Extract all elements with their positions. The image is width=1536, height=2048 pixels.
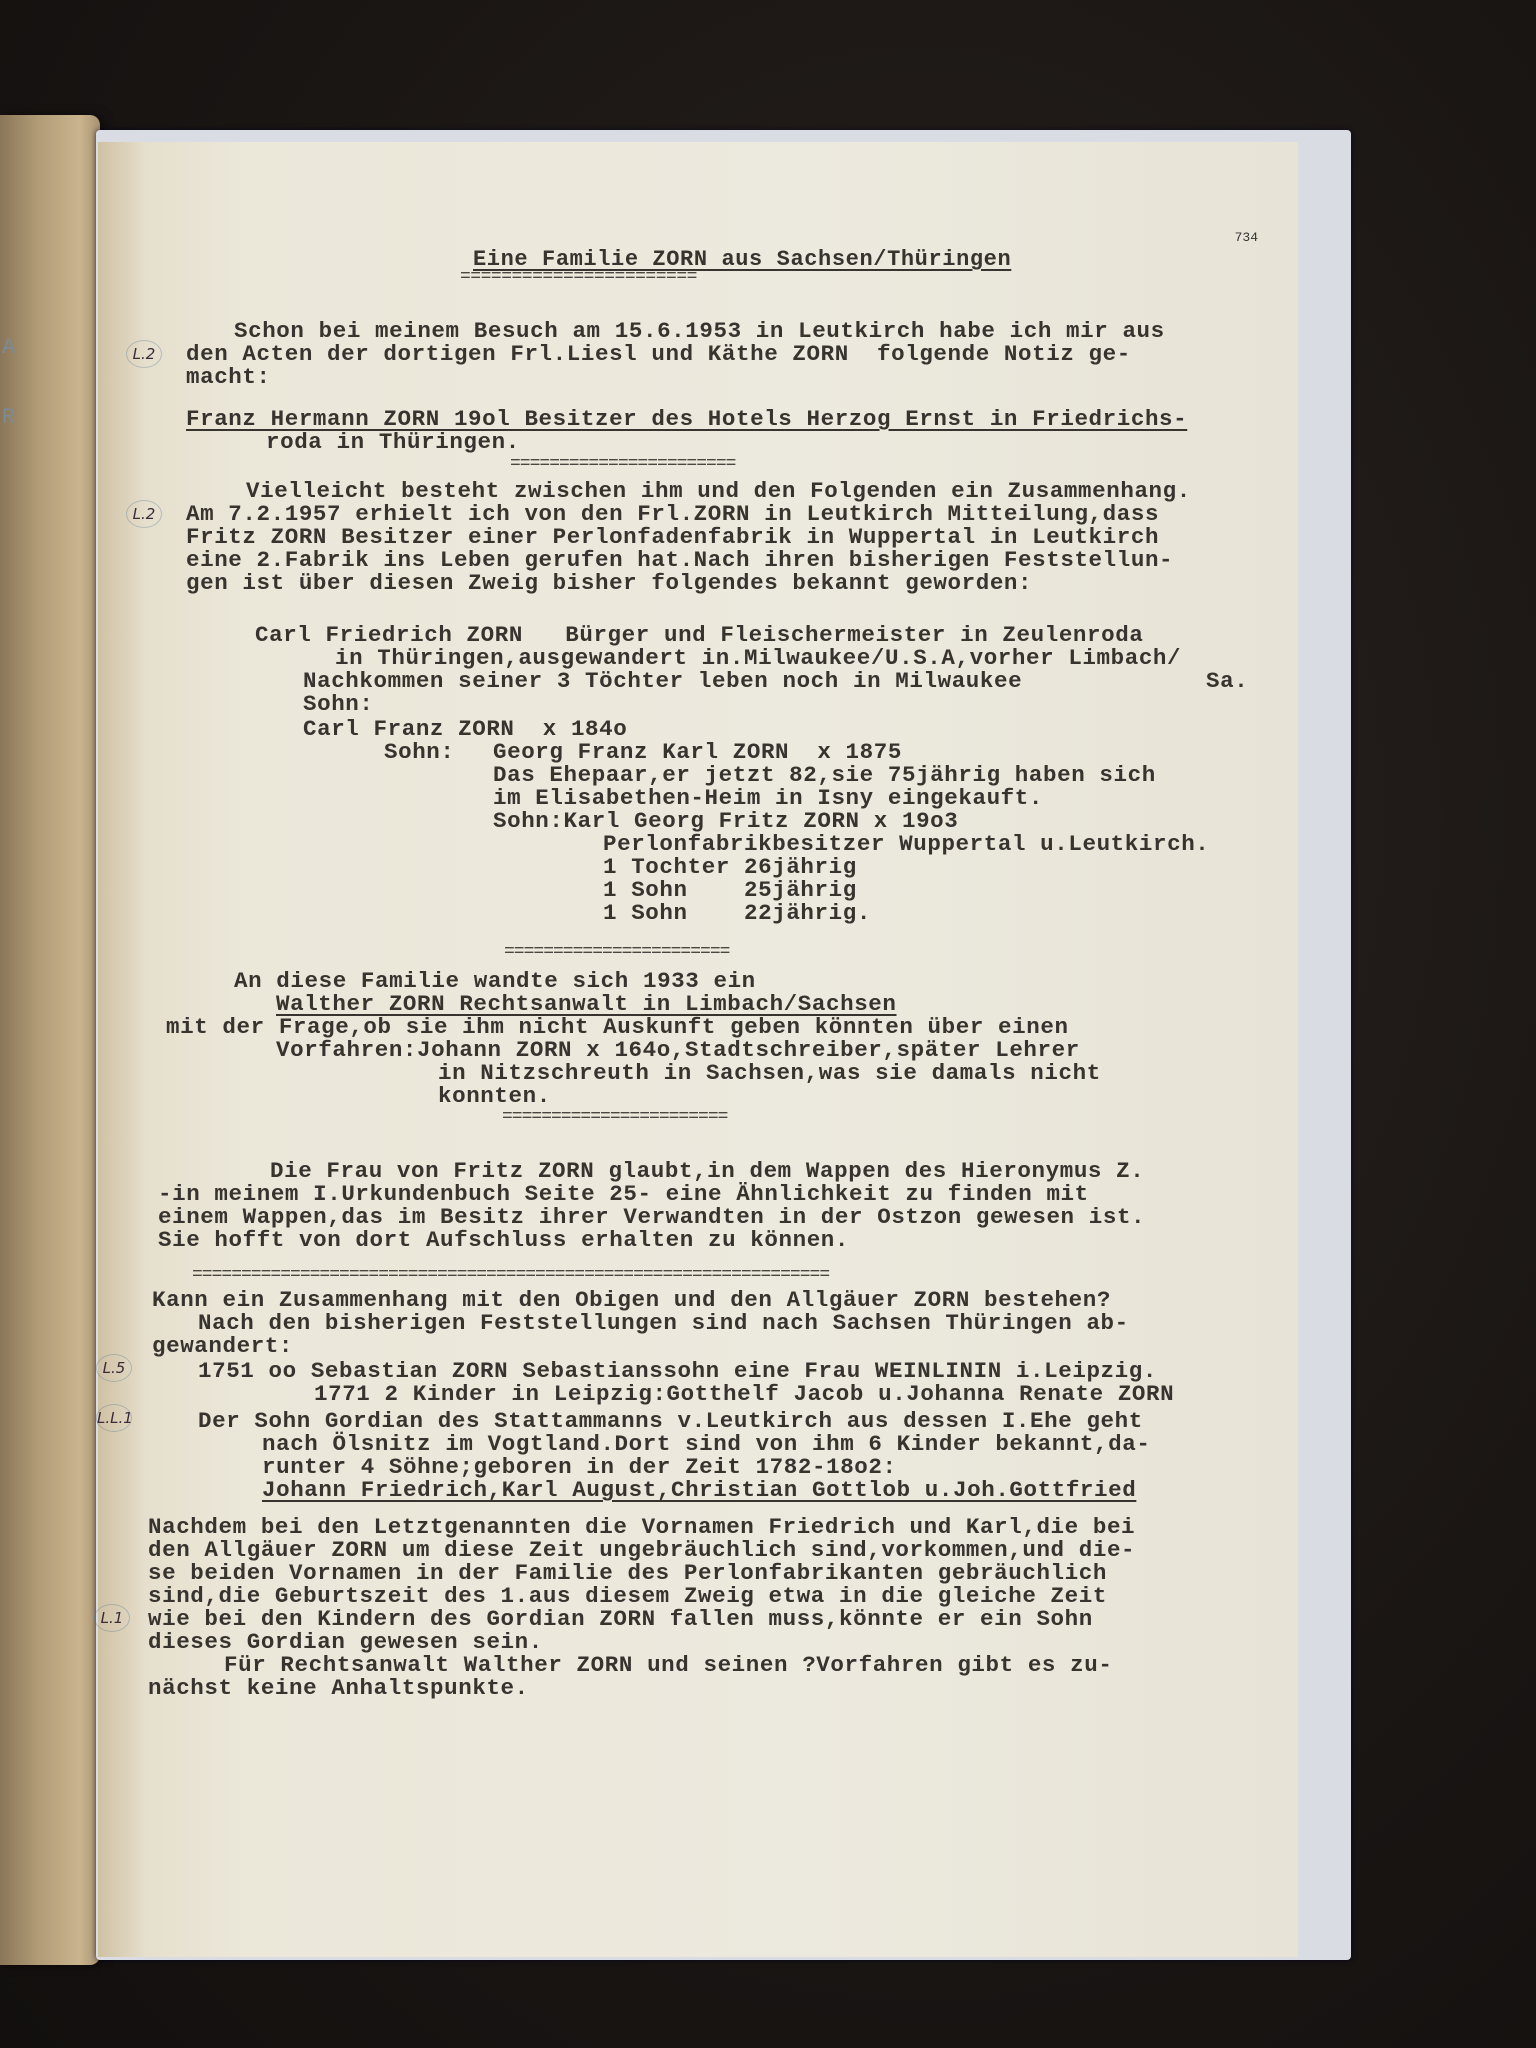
genealogy-line: Nachkommen seiner 3 Töchter leben noch i… — [303, 668, 1022, 694]
genealogy-line: Sohn: — [384, 739, 455, 765]
paragraph-4-line: Sie hofft von dort Aufschluss erhalten z… — [158, 1227, 849, 1253]
margin-annotation: L.5 — [96, 1354, 132, 1382]
left-page-mark: A — [2, 335, 15, 360]
page-number: 734 — [1235, 230, 1258, 245]
separator: ======================= — [504, 942, 729, 962]
genealogy-line: 1 Sohn 22jährig. — [603, 900, 871, 926]
paragraph-6-line: nächst keine Anhaltspunkte. — [148, 1675, 529, 1701]
paragraph-5-line: gewandert: — [152, 1333, 293, 1359]
title-double-underline: ======================= — [460, 267, 697, 287]
typewritten-page: 734 Eine Familie ZORN aus Sachsen/Thürin… — [98, 142, 1298, 1957]
separator: ======================= — [510, 454, 735, 474]
margin-annotation: L.2 — [126, 500, 162, 528]
left-page-edge: A R — [0, 115, 100, 1965]
separator: ======================= — [502, 1107, 727, 1127]
margin-annotation: L.1 — [94, 1604, 130, 1632]
left-page-mark: R — [2, 405, 15, 430]
entry-franz-hermann-cont: roda in Thüringen. — [266, 429, 520, 455]
margin-annotation: L.L.1 — [96, 1404, 132, 1432]
paragraph-2-line: gen ist über diesen Zweig bisher folgend… — [186, 570, 1032, 596]
paragraph-1-line: macht: — [186, 364, 271, 390]
paragraph-3-line: konnten. — [438, 1083, 551, 1109]
paragraph-5-line: Johann Friedrich,Karl August,Christian G… — [262, 1477, 1136, 1503]
paragraph-5-line: 1771 2 Kinder in Leipzig:Gotthelf Jacob … — [314, 1381, 1174, 1407]
paragraph-1-line: den Acten der dortigen Frl.Liesl und Kät… — [186, 341, 1131, 367]
margin-annotation: L.2 — [126, 340, 162, 368]
paragraph-5-line: Nach den bisherigen Feststellungen sind … — [198, 1310, 1129, 1336]
long-separator: ========================================… — [192, 1265, 829, 1285]
genealogy-line: Sohn: — [303, 691, 374, 717]
genealogy-line: Sa. — [1206, 668, 1248, 694]
